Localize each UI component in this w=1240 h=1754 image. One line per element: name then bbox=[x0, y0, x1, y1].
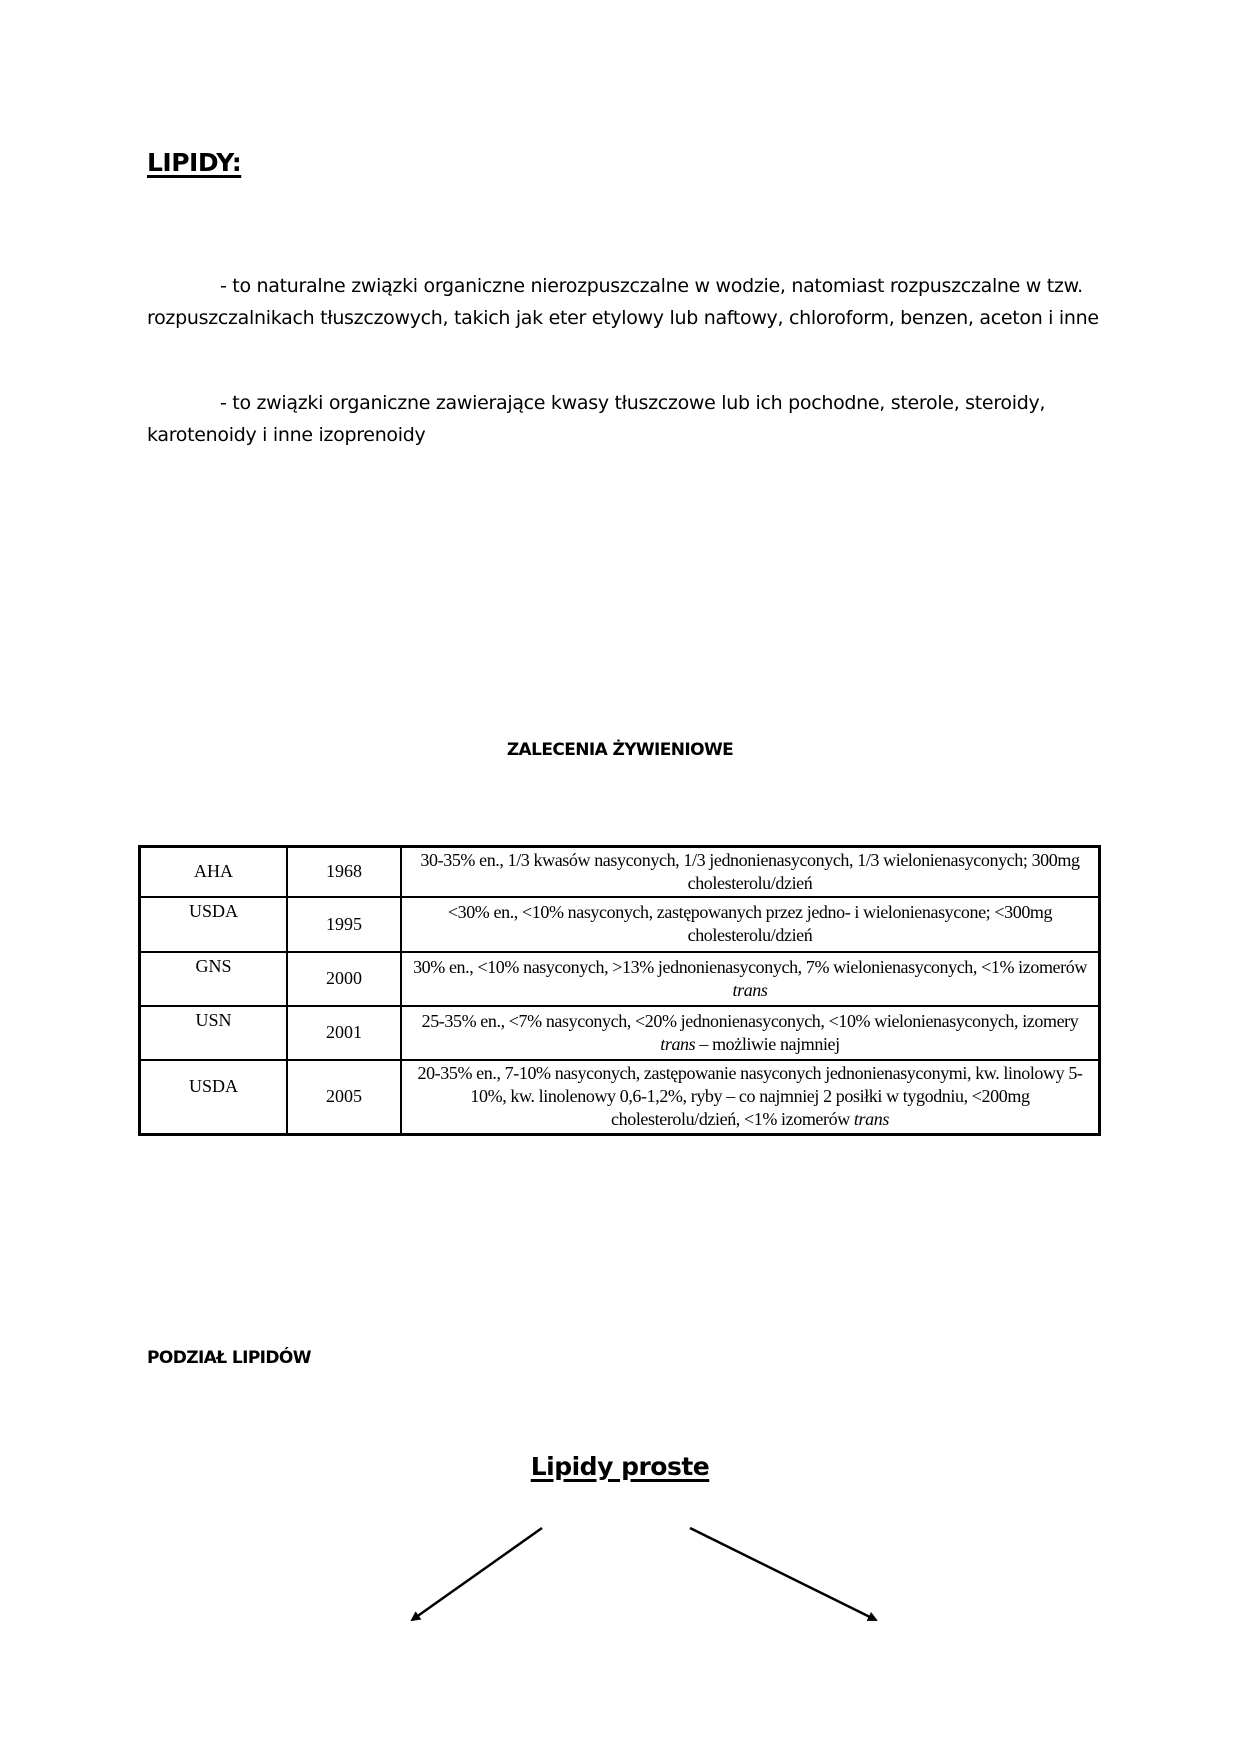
organization-cell: USDA bbox=[140, 1060, 288, 1135]
recommendation-text: 30-35% en., 1/3 kwasów nasyconych, 1/3 j… bbox=[420, 850, 1079, 893]
organization-cell: USDA bbox=[140, 897, 288, 952]
year-cell: 2001 bbox=[287, 1006, 401, 1060]
recommendations-table: AHA196830-35% en., 1/3 kwasów nasyconych… bbox=[138, 845, 1101, 1136]
organization-cell: AHA bbox=[140, 847, 288, 897]
recommendation-text: – możliwie najmniej bbox=[695, 1034, 839, 1054]
italic-term: trans bbox=[732, 980, 767, 1000]
table-row: GNS200030% en., <10% nasyconych, >13% je… bbox=[140, 952, 1100, 1006]
organization-cell: USN bbox=[140, 1006, 288, 1060]
definition-text: - to naturalne związki organiczne nieroz… bbox=[147, 275, 1099, 329]
year-cell: 1968 bbox=[287, 847, 401, 897]
table-row: AHA196830-35% en., 1/3 kwasów nasyconych… bbox=[140, 847, 1100, 897]
arrow-left-icon bbox=[412, 1528, 542, 1620]
recommendation-text: 20-35% en., 7-10% nasyconych, zastępowan… bbox=[417, 1063, 1082, 1129]
italic-term: trans bbox=[660, 1034, 695, 1054]
organization-cell: GNS bbox=[140, 952, 288, 1006]
recommendation-cell: 20-35% en., 7-10% nasyconych, zastępowan… bbox=[401, 1060, 1100, 1135]
recommendation-text: <30% en., <10% nasyconych, zastępowanych… bbox=[448, 902, 1052, 945]
recommendation-text: 25-35% en., <7% nasyconych, <20% jednoni… bbox=[422, 1011, 1079, 1031]
year-cell: 2005 bbox=[287, 1060, 401, 1135]
definition-paragraph: - to związki organiczne zawierające kwas… bbox=[147, 387, 1107, 451]
recommendation-text: 30% en., <10% nasyconych, >13% jednonien… bbox=[413, 957, 1087, 977]
arrow-right-icon bbox=[690, 1528, 876, 1620]
definition-text: - to związki organiczne zawierające kwas… bbox=[147, 392, 1045, 446]
table-row: USDA200520-35% en., 7-10% nasyconych, za… bbox=[140, 1060, 1100, 1135]
definition-paragraph: - to naturalne związki organiczne nieroz… bbox=[147, 270, 1107, 334]
simple-lipids-heading: Lipidy proste bbox=[0, 1452, 1240, 1481]
year-cell: 2000 bbox=[287, 952, 401, 1006]
recommendations-table-body: AHA196830-35% en., 1/3 kwasów nasyconych… bbox=[140, 847, 1100, 1135]
recommendation-cell: 25-35% en., <7% nasyconych, <20% jednoni… bbox=[401, 1006, 1100, 1060]
table-row: USDA1995<30% en., <10% nasyconych, zastę… bbox=[140, 897, 1100, 952]
division-heading: PODZIAŁ LIPIDÓW bbox=[147, 1348, 311, 1368]
document-title: LIPIDY: bbox=[147, 148, 241, 177]
table-row: USN200125-35% en., <7% nasyconych, <20% … bbox=[140, 1006, 1100, 1060]
recommendations-heading: ZALECENIA ŻYWIENIOWE bbox=[0, 740, 1240, 760]
recommendation-cell: 30% en., <10% nasyconych, >13% jednonien… bbox=[401, 952, 1100, 1006]
year-cell: 1995 bbox=[287, 897, 401, 952]
recommendation-cell: 30-35% en., 1/3 kwasów nasyconych, 1/3 j… bbox=[401, 847, 1100, 897]
italic-term: trans bbox=[854, 1109, 889, 1129]
recommendation-cell: <30% en., <10% nasyconych, zastępowanych… bbox=[401, 897, 1100, 952]
